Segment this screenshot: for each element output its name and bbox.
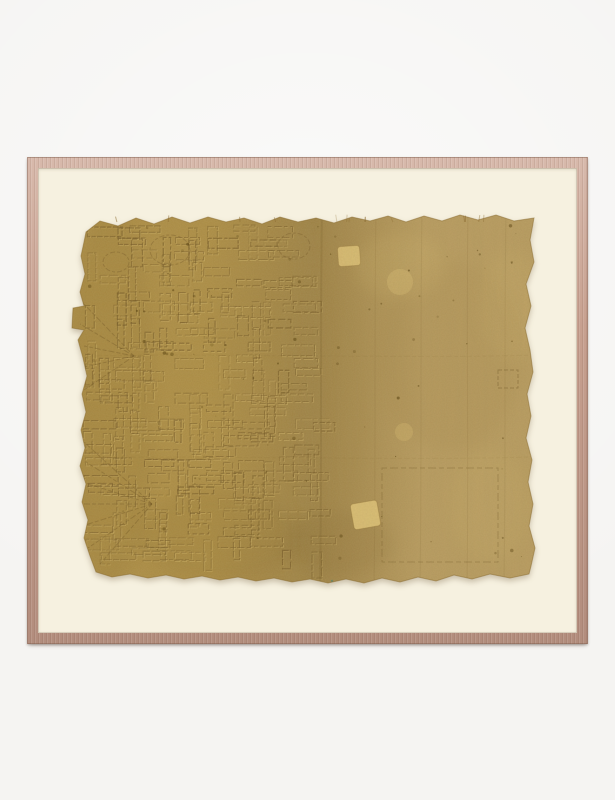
textile-artwork-image <box>70 206 540 590</box>
picture-frame <box>27 157 588 644</box>
textile-cloth <box>70 206 540 590</box>
fabric-sheen-texture <box>70 206 540 590</box>
mat-board <box>38 168 577 633</box>
wall-background <box>0 0 615 800</box>
